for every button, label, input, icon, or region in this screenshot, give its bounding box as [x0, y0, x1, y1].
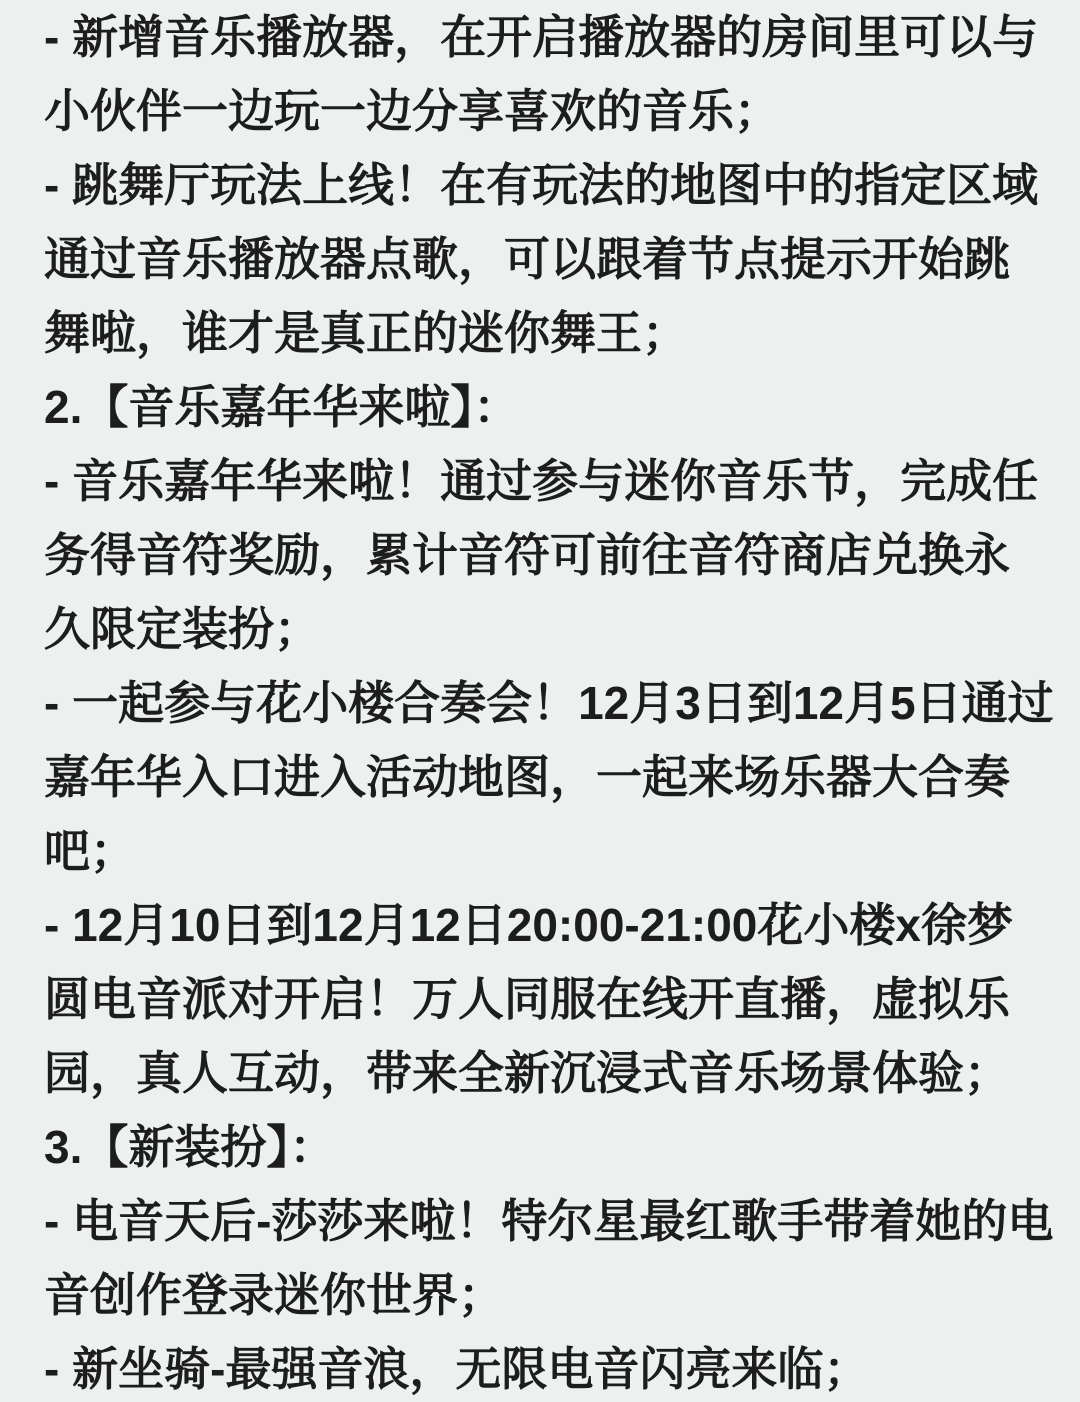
- text-line: 小伙伴一边玩一边分享喜欢的音乐；: [44, 74, 1052, 148]
- text-line: 吧；: [44, 814, 1052, 888]
- release-notes-text: - 新增音乐播放器，在开启播放器的房间里可以与小伙伴一边玩一边分享喜欢的音乐；-…: [0, 0, 1080, 1402]
- text-line: 务得音符奖励，累计音符可前往音符商店兑换永: [44, 518, 1052, 592]
- text-line: 嘉年华入口进入活动地图，一起来场乐器大合奏: [44, 740, 1052, 814]
- text-line: - 跳舞厅玩法上线！在有玩法的地图中的指定区域: [44, 148, 1052, 222]
- text-line: 园，真人互动，带来全新沉浸式音乐场景体验；: [44, 1036, 1052, 1110]
- text-line: - 12月10日到12月12日20:00-21:00花小楼x徐梦: [44, 888, 1052, 962]
- text-line: 3.【新装扮】：: [44, 1110, 1052, 1184]
- text-line: - 一起参与花小楼合奏会！12月3日到12月5日通过: [44, 666, 1052, 740]
- text-line: - 新坐骑-最强音浪，无限电音闪亮来临；: [44, 1332, 1052, 1402]
- text-line: - 电音天后-莎莎来啦！特尔星最红歌手带着她的电: [44, 1184, 1052, 1258]
- text-line: 舞啦，谁才是真正的迷你舞王；: [44, 296, 1052, 370]
- text-line: 久限定装扮；: [44, 592, 1052, 666]
- text-line: 圆电音派对开启！万人同服在线开直播，虚拟乐: [44, 962, 1052, 1036]
- text-line: 音创作登录迷你世界；: [44, 1258, 1052, 1332]
- text-line: - 音乐嘉年华来啦！通过参与迷你音乐节，完成任: [44, 444, 1052, 518]
- release-notes-page[interactable]: - 新增音乐播放器，在开启播放器的房间里可以与小伙伴一边玩一边分享喜欢的音乐；-…: [0, 0, 1080, 1402]
- text-line: 2.【音乐嘉年华来啦】：: [44, 370, 1052, 444]
- text-line: 通过音乐播放器点歌，可以跟着节点提示开始跳: [44, 222, 1052, 296]
- text-line: - 新增音乐播放器，在开启播放器的房间里可以与: [44, 0, 1052, 74]
